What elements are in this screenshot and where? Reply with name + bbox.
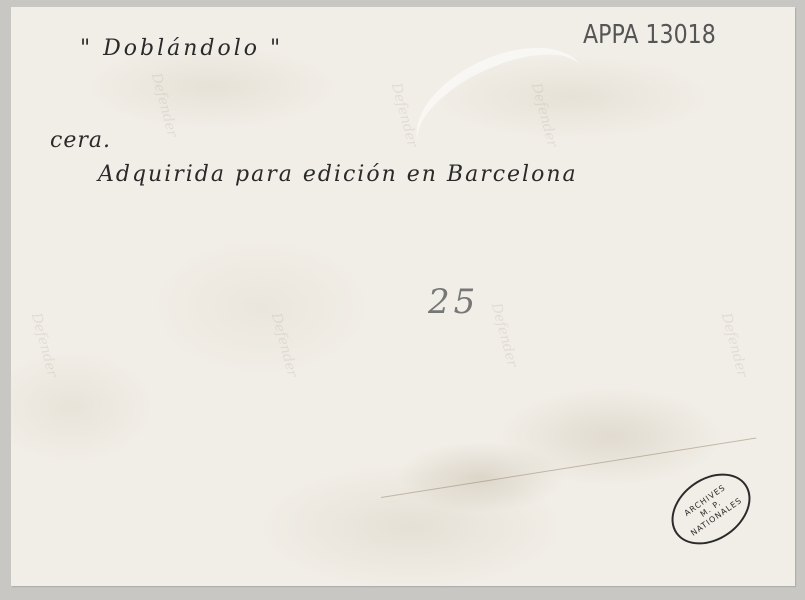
inventory-number: APPA 13018: [583, 20, 716, 50]
paper-watermark: Defender: [488, 301, 521, 369]
paper-watermark: Defender: [388, 81, 421, 149]
paper-watermark: Defender: [148, 71, 181, 139]
paper-watermark: Defender: [28, 311, 61, 379]
acquisition-note: Adquirida para edición en Barcelona: [98, 162, 578, 187]
technique-note: cera.: [50, 128, 111, 153]
title-note: " Doblándolo ": [80, 36, 283, 61]
pencil-page-mark: 25: [428, 282, 479, 322]
paper-watermark: Defender: [718, 311, 751, 379]
paper-watermark: Defender: [268, 311, 301, 379]
